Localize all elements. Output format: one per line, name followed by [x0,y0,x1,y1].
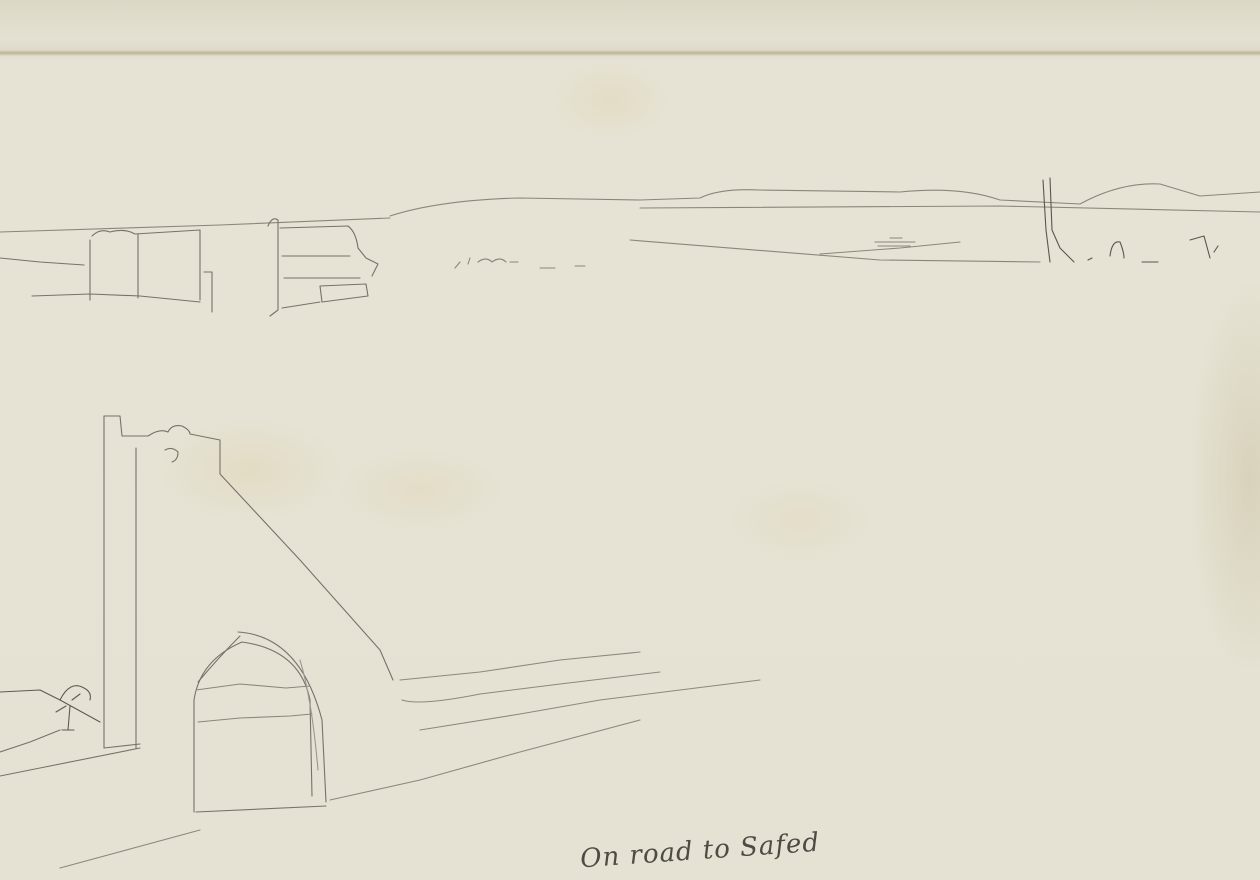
distant-hills [0,184,1260,262]
sketch-sheet: On road to Safed [0,0,1260,880]
ruined-tower [0,416,393,776]
valley-lines [60,652,760,868]
village-marks [455,238,915,268]
ruined-walls [0,219,378,316]
small-tree [0,686,100,730]
pointed-archway [194,632,326,812]
tree-trunks [1043,178,1218,262]
pencil-drawing [0,0,1260,880]
